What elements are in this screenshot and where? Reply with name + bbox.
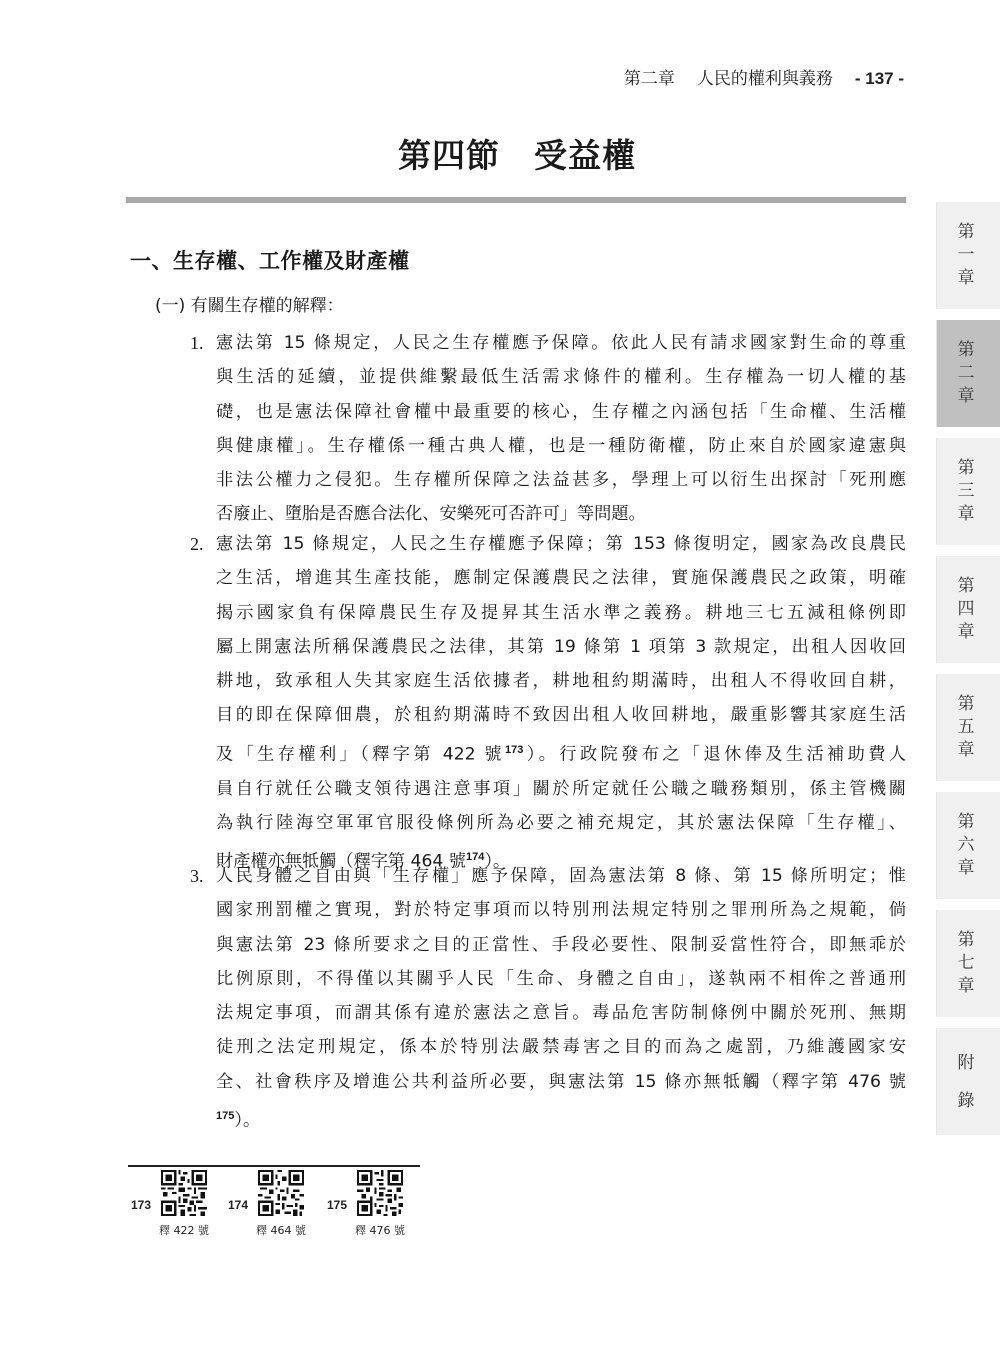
tab-chapter-7[interactable]: 第七章 — [936, 910, 1000, 1017]
page-number: - 137 - — [855, 69, 904, 88]
text-line: 屬上開憲法所稱保護農民之法律，其第 19 條第 1 項第 3 款規定，出租人因收… — [216, 630, 906, 664]
header-chapter: 第二章 — [624, 69, 675, 89]
tab-label: 第三章 — [956, 457, 976, 526]
item-number: 2. — [190, 527, 214, 561]
item-number: 1. — [190, 326, 214, 360]
tab-label: 第七章 — [956, 929, 976, 998]
footnote-number: 175 — [327, 1198, 347, 1212]
tab-label: 第六章 — [956, 811, 976, 880]
footnote-caption: 釋 422 號 — [159, 1222, 209, 1238]
tab-label: 第一章 — [956, 221, 976, 290]
text-line: 與健康權」。生存權係一種古典人權，也是一種防衛權，防止來自於國家違憲與 — [216, 429, 906, 463]
heading-level-2: (一) 有關生存權的解釋： — [155, 291, 344, 316]
tab-appendix[interactable]: 附錄 — [936, 1028, 1000, 1135]
text-line: 徒刑之法定刑規定，係本於特別法嚴禁毒害之目的而為之處罰，乃維護國家安 — [216, 1030, 906, 1064]
header-chapter-title: 人民的權利與義務 — [697, 69, 833, 89]
text-line: 比例原則，不得僅以其關乎人民「生命、身體之自由」，遂執兩不相侔之普通刑 — [216, 962, 906, 996]
text-line: 礎，也是憲法保障社會權中最重要的核心，生存權之內涵包括「生命權、生活權 — [216, 395, 906, 429]
footnote-number: 174 — [228, 1198, 248, 1212]
footnote-ref-173[interactable]: 173 — [505, 744, 523, 756]
footnote-number: 173 — [131, 1198, 151, 1212]
tab-chapter-6[interactable]: 第六章 — [936, 792, 1000, 899]
item-body: 人民身體之自由與「生存權」應予保障，固為憲法第 8 條、第 15 條所明定；惟 … — [216, 859, 906, 1138]
tab-chapter-5[interactable]: 第五章 — [936, 674, 1000, 781]
footnote-caption: 釋 464 號 — [256, 1222, 306, 1238]
tab-chapter-1[interactable]: 第一章 — [936, 202, 1000, 309]
tab-chapter-4[interactable]: 第四章 — [936, 556, 1000, 663]
text-line: 175）。 — [216, 1099, 906, 1138]
list-item-1: 1. 憲法第 15 條規定，人民之生存權應予保障。依此人民有請求國家對生命的尊重… — [190, 326, 906, 532]
text-line: 憲法第 15 條規定，人民之生存權應予保障；第 153 條復明定，國家為改良農民 — [216, 527, 906, 561]
text-line: 員自行就任公職支領待遇注意事項」關於所定就任公職之職務類別，係主管機關 — [216, 772, 906, 806]
heading-level-1: 一、生存權、工作權及財產權 — [130, 245, 410, 275]
text-line: 國家刑罰權之實現，對於特定事項而以特別刑法規定特別之罪刑所為之規範，倘 — [216, 893, 906, 927]
tab-label: 附錄 — [956, 1044, 976, 1120]
section-title: 第四節 受益權 — [128, 130, 906, 177]
tab-label: 第五章 — [956, 693, 976, 762]
list-item-2: 2. 憲法第 15 條規定，人民之生存權應予保障；第 153 條復明定，國家為改… — [190, 527, 906, 879]
item-body: 憲法第 15 條規定，人民之生存權應予保障；第 153 條復明定，國家為改良農民… — [216, 527, 906, 879]
text-line: 非法公權力之侵犯。生存權所保障之法益甚多，學理上可以衍生出探討「死刑應 — [216, 463, 906, 497]
text-line: 之生活，增進其生產技能，應制定保護農民之法律，實施保護農民之政策，明確 — [216, 561, 906, 595]
list-item-3: 3. 人民身體之自由與「生存權」應予保障，固為憲法第 8 條、第 15 條所明定… — [190, 859, 906, 1138]
text-line: 耕地，致承租人失其家庭生活依據者，耕地租約期滿時，出租人不得收回自耕， — [216, 664, 906, 698]
text-line: 與生活的延續，並提供維繫最低生活需求條件的權利。生存權為一切人權的基 — [216, 360, 906, 394]
footnote-divider — [128, 1165, 420, 1167]
qr-code-icon[interactable] — [258, 1170, 304, 1216]
text-line: 法規定事項，而謂其係有違於憲法之意旨。毒品危害防制條例中關於死刑、無期 — [216, 996, 906, 1030]
text-line: 及「生存權利」（釋字第 422 號173）。行政院發布之「退休俸及生活補助費人 — [216, 733, 906, 772]
text-line: 揭示國家負有保障農民生存及提昇其生活水準之義務。耕地三七五減租條例即 — [216, 596, 906, 630]
text-line: 全、社會秩序及增進公共利益所必要，與憲法第 15 條亦無牴觸（釋字第 476 號 — [216, 1065, 906, 1099]
text-line: 為執行陸海空軍軍官服役條例所為必要之補充規定，其於憲法保障「生存權」、 — [216, 806, 906, 840]
text-line: 憲法第 15 條規定，人民之生存權應予保障。依此人民有請求國家對生命的尊重 — [216, 326, 906, 360]
item-body: 憲法第 15 條規定，人民之生存權應予保障。依此人民有請求國家對生命的尊重 與生… — [216, 326, 906, 532]
qr-code-icon[interactable] — [161, 1170, 207, 1216]
footnote-caption: 釋 476 號 — [355, 1222, 405, 1238]
tab-label: 第二章 — [956, 339, 976, 408]
text-line: 目的即在保障佃農，於租約期滿時不致因出租人收回耕地，嚴重影響其家庭生活 — [216, 698, 906, 732]
qr-code-icon[interactable] — [357, 1170, 403, 1216]
text-line: 人民身體之自由與「生存權」應予保障，固為憲法第 8 條、第 15 條所明定；惟 — [216, 859, 906, 893]
tab-chapter-3[interactable]: 第三章 — [936, 438, 1000, 545]
item-number: 3. — [190, 859, 214, 893]
footnote-ref-175[interactable]: 175 — [216, 1110, 234, 1122]
running-header: 第二章人民的權利與義務- 137 - — [624, 64, 904, 89]
tab-label: 第四章 — [956, 575, 976, 644]
text-line: 與憲法第 23 條所要求之目的正當性、手段必要性、限制妥當性符合，即無乖於 — [216, 928, 906, 962]
title-divider — [126, 197, 906, 203]
tab-chapter-2[interactable]: 第二章 — [936, 320, 1000, 427]
